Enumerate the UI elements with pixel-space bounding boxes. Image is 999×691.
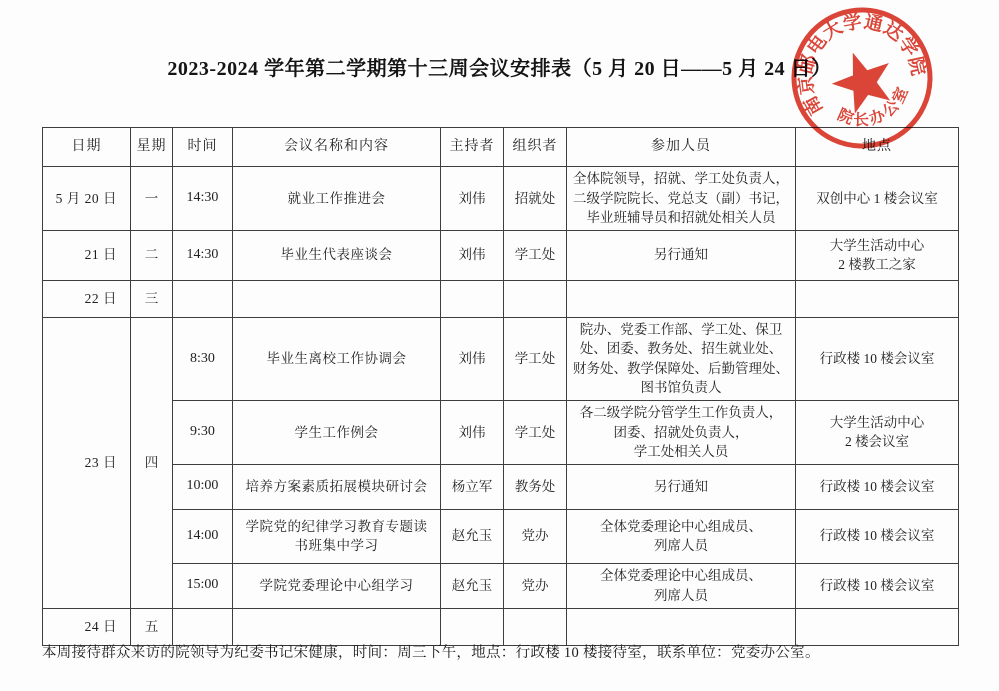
- organizer-cell: 招就处: [504, 167, 567, 231]
- participants-cell: 全体党委理论中心组成员、 列席人员: [567, 563, 796, 608]
- organizer-cell: [504, 280, 567, 317]
- date-cell: 24 日: [43, 608, 131, 645]
- column-header-participants: 参加人员: [567, 128, 796, 167]
- time-cell: 14:30: [173, 230, 233, 280]
- location-cell: 大学生活动中心 2 楼会议室: [796, 400, 959, 464]
- column-header-date: 日期: [43, 128, 131, 167]
- table-row: 15:00 学院党委理论中心组学习 赵允玉 党办 全体党委理论中心组成员、 列席…: [43, 563, 959, 608]
- participants-cell: 各二级学院分管学生工作负责人， 团委、招就处负责人， 学工处相关人员: [567, 400, 796, 464]
- location-cell: 行政楼 10 楼会议室: [796, 464, 959, 509]
- date-cell: 22 日: [43, 280, 131, 317]
- week-cell: 一: [131, 167, 173, 231]
- host-cell: [441, 280, 504, 317]
- time-cell: 14:30: [173, 167, 233, 231]
- participants-cell: 全体院领导，招就、学工处负责人， 二级学院院长、党总支（副）书记， 毕业班辅导员…: [567, 167, 796, 231]
- table-header-row: 日期 星期 时间 会议名称和内容 主持者 组织者 参加人员 地点: [43, 128, 959, 167]
- host-cell: 刘伟: [441, 317, 504, 400]
- table-row: 22 日 三: [43, 280, 959, 317]
- location-cell: [796, 280, 959, 317]
- page-title: 2023-2024 学年第二学期第十三周会议安排表（5 月 20 日——5 月 …: [0, 52, 999, 81]
- column-header-location: 地点: [796, 128, 959, 167]
- meeting-cell: 培养方案素质拓展模块研讨会: [233, 464, 441, 509]
- location-cell: 大学生活动中心 2 楼教工之家: [796, 230, 959, 280]
- location-cell: 行政楼 10 楼会议室: [796, 509, 959, 563]
- organizer-cell: 学工处: [504, 400, 567, 464]
- host-cell: 赵允玉: [441, 509, 504, 563]
- column-header-organizer: 组织者: [504, 128, 567, 167]
- week-cell: 三: [131, 280, 173, 317]
- table-row: 21 日 二 14:30 毕业生代表座谈会 刘伟 学工处 另行通知 大学生活动中…: [43, 230, 959, 280]
- table-row: 14:00 学院党的纪律学习教育专题读 书班集中学习 赵允玉 党办 全体党委理论…: [43, 509, 959, 563]
- time-cell: [173, 608, 233, 645]
- organizer-cell: 学工处: [504, 317, 567, 400]
- reception-note: 本周接待群众来访的院领导为纪委书记宋健康，时间：周三下午，地点：行政楼 10 楼…: [42, 641, 820, 662]
- participants-cell: [567, 608, 796, 645]
- organizer-cell: 党办: [504, 563, 567, 608]
- meeting-cell: 学院党的纪律学习教育专题读 书班集中学习: [233, 509, 441, 563]
- time-cell: 8:30: [173, 317, 233, 400]
- location-cell: 行政楼 10 楼会议室: [796, 563, 959, 608]
- week-cell: 四: [131, 317, 173, 608]
- column-header-week: 星期: [131, 128, 173, 167]
- week-cell: 二: [131, 230, 173, 280]
- organizer-cell: 教务处: [504, 464, 567, 509]
- column-header-time: 时间: [173, 128, 233, 167]
- table-row: 23 日 四 8:30 毕业生离校工作协调会 刘伟 学工处 院办、党委工作部、学…: [43, 317, 959, 400]
- participants-cell: 另行通知: [567, 464, 796, 509]
- host-cell: 刘伟: [441, 400, 504, 464]
- meeting-cell: [233, 280, 441, 317]
- organizer-cell: [504, 608, 567, 645]
- week-cell: 五: [131, 608, 173, 645]
- participants-cell: [567, 280, 796, 317]
- time-cell: 9:30: [173, 400, 233, 464]
- host-cell: 刘伟: [441, 230, 504, 280]
- table-row: 5 月 20 日 一 14:30 就业工作推进会 刘伟 招就处 全体院领导，招就…: [43, 167, 959, 231]
- participants-cell: 另行通知: [567, 230, 796, 280]
- table-row: 9:30 学生工作例会 刘伟 学工处 各二级学院分管学生工作负责人， 团委、招就…: [43, 400, 959, 464]
- meeting-cell: 毕业生离校工作协调会: [233, 317, 441, 400]
- location-cell: 双创中心 1 楼会议室: [796, 167, 959, 231]
- column-header-host: 主持者: [441, 128, 504, 167]
- date-cell: 21 日: [43, 230, 131, 280]
- page: 2023-2024 学年第二学期第十三周会议安排表（5 月 20 日——5 月 …: [0, 0, 999, 691]
- date-cell: 23 日: [43, 317, 131, 608]
- organizer-cell: 学工处: [504, 230, 567, 280]
- date-cell: 5 月 20 日: [43, 167, 131, 231]
- table-row: 24 日 五: [43, 608, 959, 645]
- meeting-cell: 学院党委理论中心组学习: [233, 563, 441, 608]
- participants-cell: 全体党委理论中心组成员、 列席人员: [567, 509, 796, 563]
- time-cell: 10:00: [173, 464, 233, 509]
- meeting-cell: 毕业生代表座谈会: [233, 230, 441, 280]
- time-cell: 14:00: [173, 509, 233, 563]
- meeting-cell: 就业工作推进会: [233, 167, 441, 231]
- organizer-cell: 党办: [504, 509, 567, 563]
- participants-cell: 院办、党委工作部、学工处、保卫 处、团委、教务处、招生就业处、 财务处、教学保障…: [567, 317, 796, 400]
- meeting-cell: 学生工作例会: [233, 400, 441, 464]
- table-row: 10:00 培养方案素质拓展模块研讨会 杨立军 教务处 另行通知 行政楼 10 …: [43, 464, 959, 509]
- meeting-schedule-table: 日期 星期 时间 会议名称和内容 主持者 组织者 参加人员 地点 5 月 20 …: [42, 127, 959, 646]
- location-cell: 行政楼 10 楼会议室: [796, 317, 959, 400]
- host-cell: 赵允玉: [441, 563, 504, 608]
- host-cell: 刘伟: [441, 167, 504, 231]
- meeting-cell: [233, 608, 441, 645]
- time-cell: 15:00: [173, 563, 233, 608]
- location-cell: [796, 608, 959, 645]
- host-cell: 杨立军: [441, 464, 504, 509]
- column-header-meeting: 会议名称和内容: [233, 128, 441, 167]
- time-cell: [173, 280, 233, 317]
- host-cell: [441, 608, 504, 645]
